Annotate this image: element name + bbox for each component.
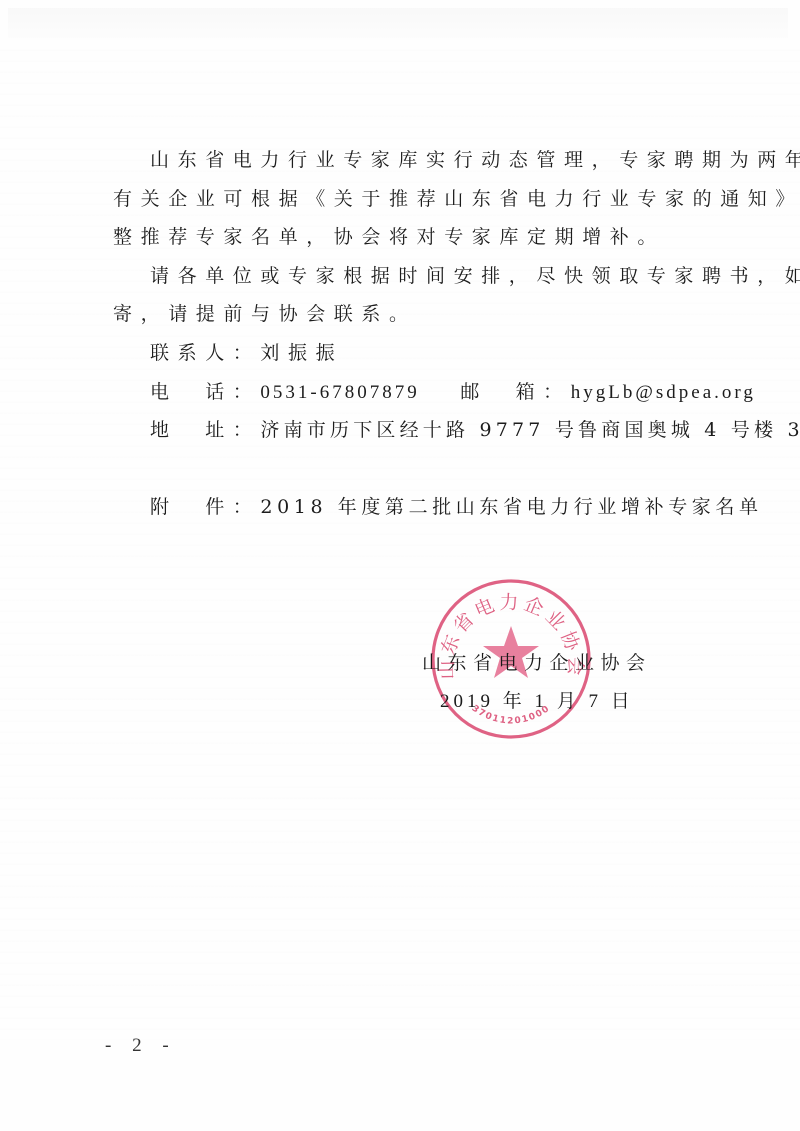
attachment-value[interactable]: 2018 年度第二批山东省电力行业增补专家名单 <box>260 495 762 519</box>
paragraph-1-line-3: 整推荐专家名单，协会将对专家库定期增补。 <box>113 225 665 249</box>
address-label: 地 址： <box>150 418 260 442</box>
contact-phone-email-line: 电 话：0531-67807879 邮 箱：hygLb@sdpea.org <box>150 380 756 405</box>
email-value[interactable]: hygLb@sdpea.org <box>571 381 756 405</box>
contact-person-label: 联系人： <box>150 341 260 365</box>
email-label: 邮 箱： <box>460 380 570 404</box>
contact-person-line: 联系人：刘振振 <box>150 341 343 365</box>
attachment-line: 附 件：2018 年度第二批山东省电力行业增补专家名单 <box>150 495 763 519</box>
page-number: - 2 - <box>105 1035 177 1057</box>
address-line: 地 址：济南市历下区经十路 9777 号鲁商国奥城 4 号楼 3 层 <box>150 418 800 442</box>
document-page: 山东省电力行业专家库实行动态管理，专家聘期为两年。各 有关企业可根据《关于推荐山… <box>0 0 800 1131</box>
phone-value: 0531-67807879 <box>260 381 419 405</box>
paragraph-1-line-2: 有关企业可根据《关于推荐山东省电力行业专家的通知》要求调 <box>113 187 800 211</box>
address-value: 济南市历下区经十路 9777 号鲁商国奥城 4 号楼 3 层 <box>260 418 800 442</box>
paragraph-2-line-2: 寄，请提前与协会联系。 <box>113 302 417 326</box>
phone-label: 电 话： <box>150 380 260 404</box>
paragraph-2-line-1: 请各单位或专家根据时间安排，尽快领取专家聘书，如需邮 <box>150 264 800 288</box>
attachment-label: 附 件： <box>150 495 260 519</box>
signature-date: 2019 年 1 月 7 日 <box>440 686 634 713</box>
scan-artifact-band <box>8 8 788 38</box>
contact-person-name: 刘振振 <box>260 341 343 365</box>
signature-organization: 山东省电力企业协会 <box>422 648 652 675</box>
paragraph-1-line-1: 山东省电力行业专家库实行动态管理，专家聘期为两年。各 <box>150 148 800 172</box>
